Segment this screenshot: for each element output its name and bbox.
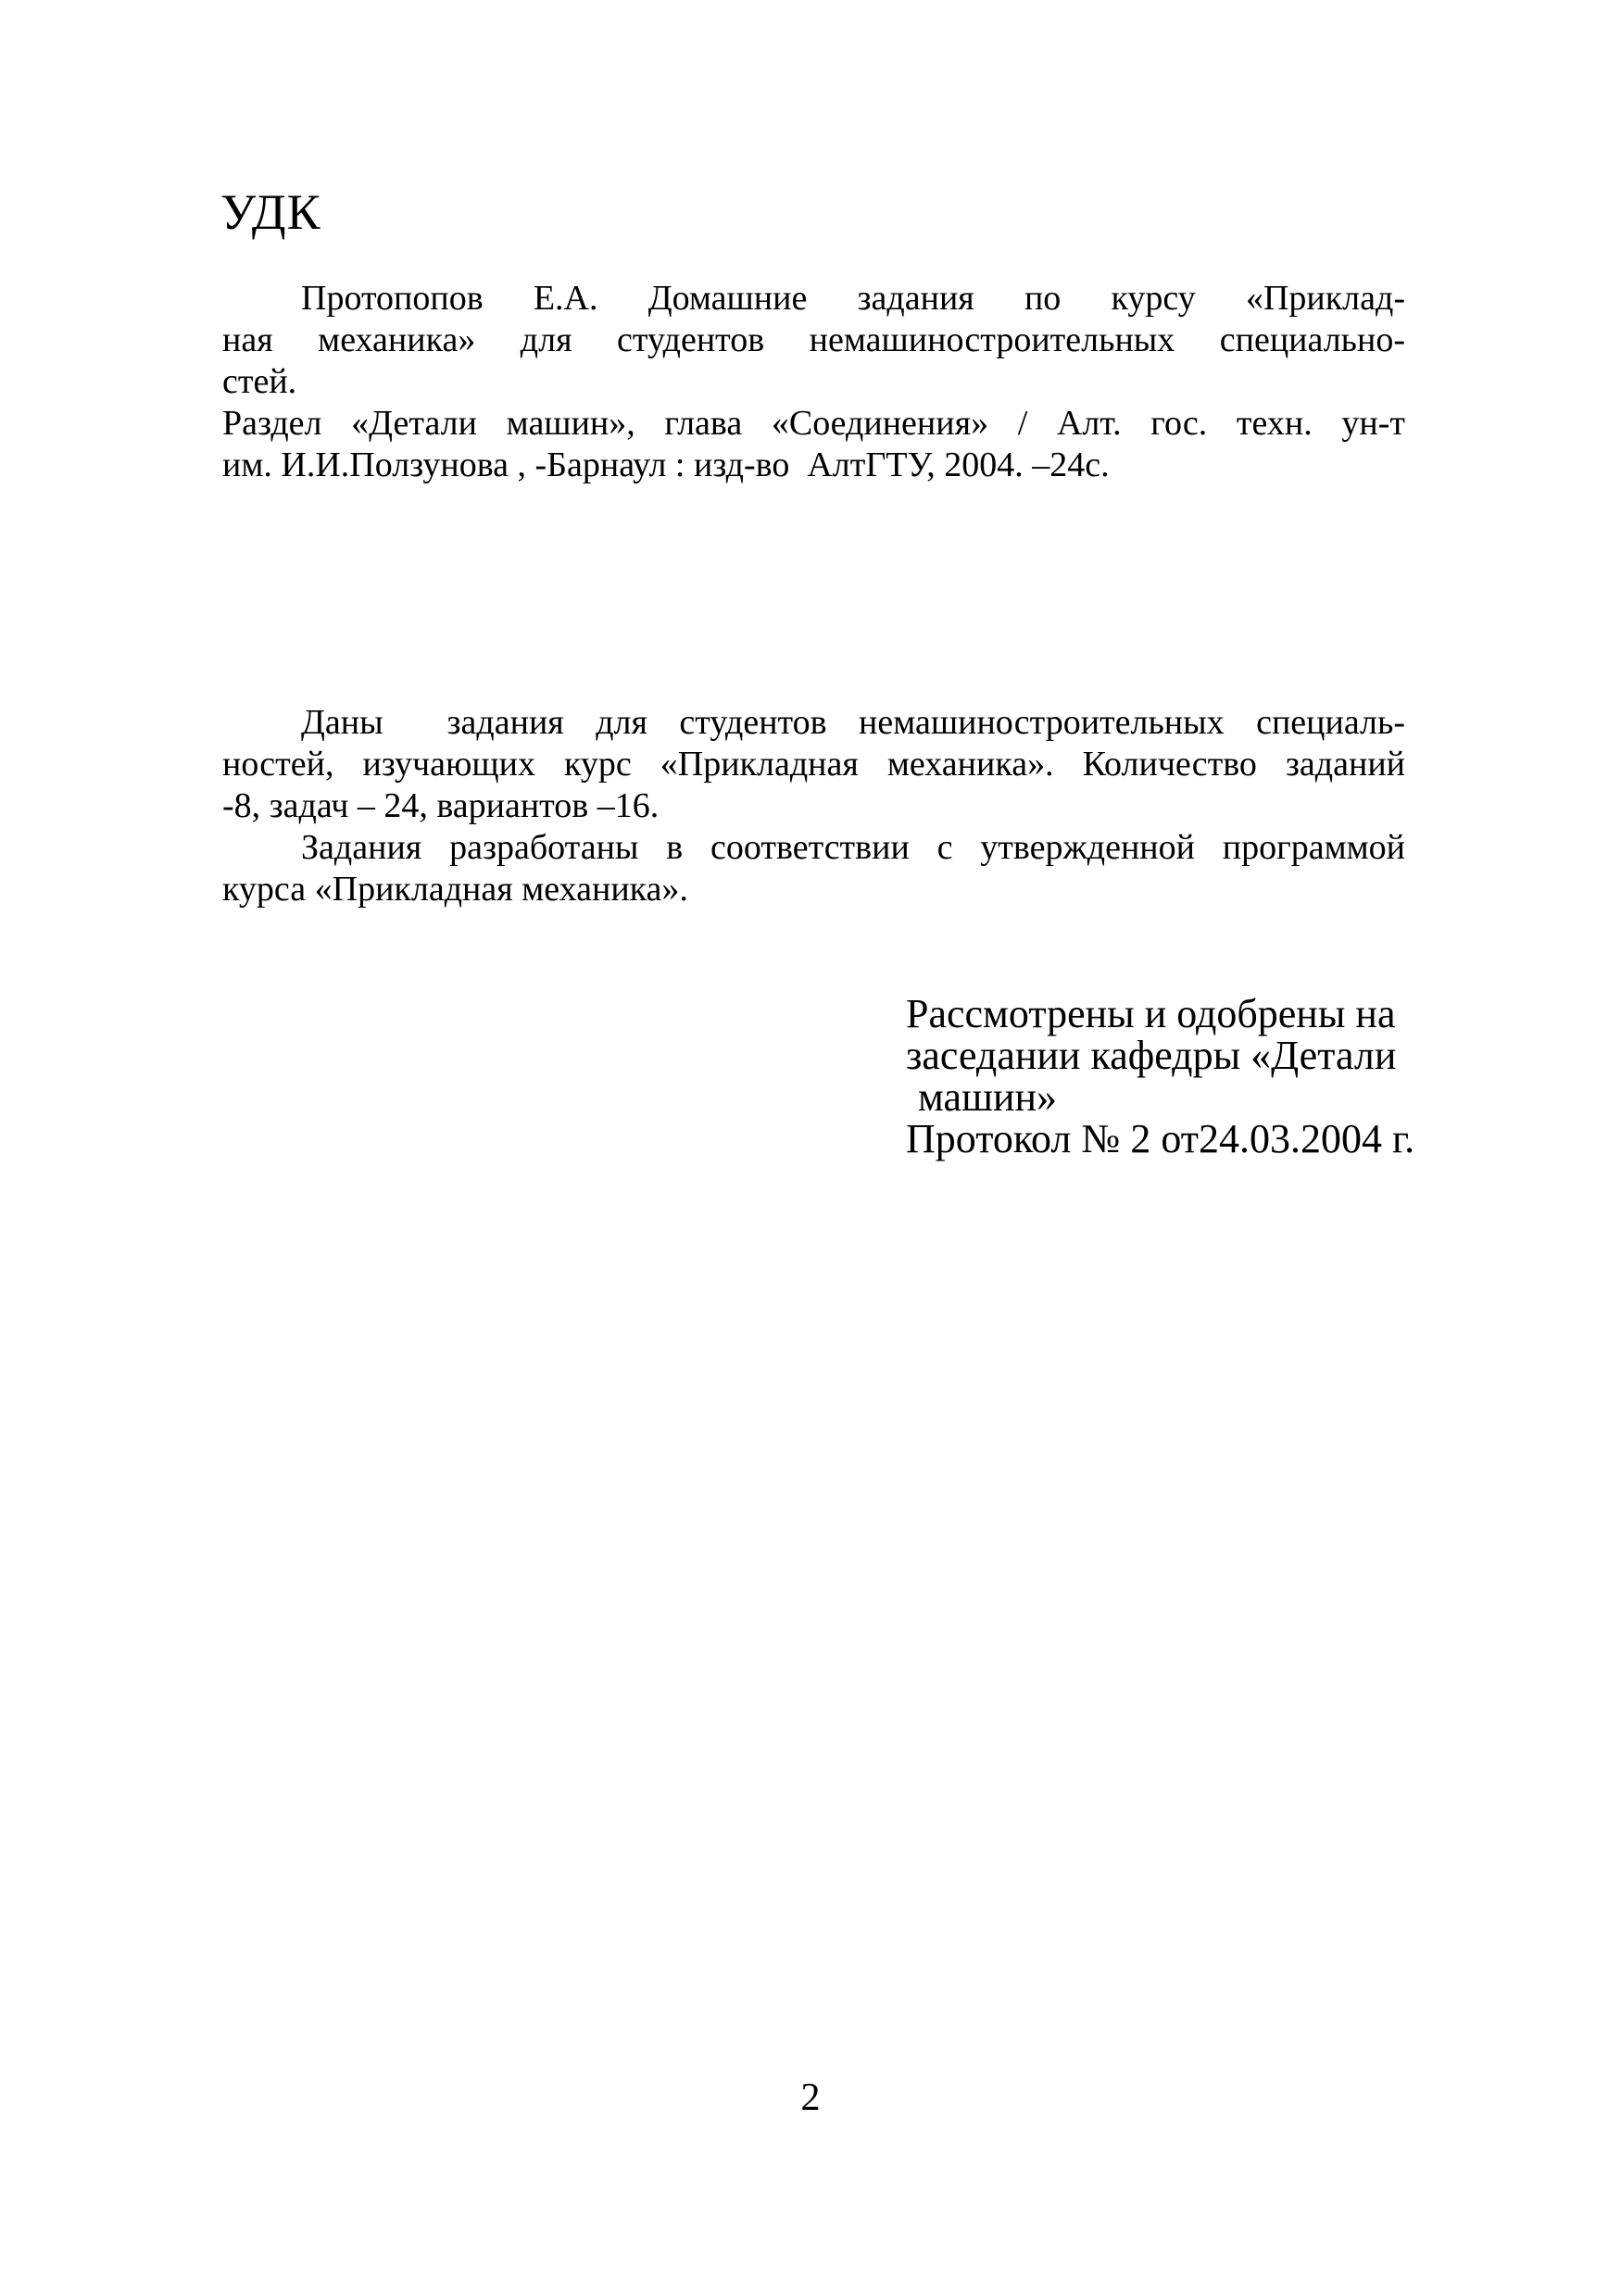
annotation-line: -8, задач – 24, вариантов –16. <box>222 785 1405 827</box>
annotation-paragraph: Даны задания для студентов немашинострои… <box>222 702 1405 910</box>
annotation-line: курса «Прикладная механика». <box>222 869 1405 910</box>
annotation-line: Задания разработаны в соответствии с утв… <box>222 827 1405 869</box>
bibliography-paragraph: Протопопов Е.А. Домашние задания по курс… <box>222 278 1405 486</box>
bibliography-line: Протопопов Е.А. Домашние задания по курс… <box>222 278 1405 320</box>
bibliography-line: им. И.И.Ползунова , -Барнаул : изд-во Ал… <box>222 445 1405 486</box>
approval-line: машин» <box>906 1076 1425 1118</box>
approval-line: Рассмотрены и одобрены на <box>906 993 1425 1035</box>
udk-heading: УДК <box>220 185 321 239</box>
document-page: УДК Протопопов Е.А. Домашние задания по … <box>0 0 1621 2296</box>
bibliography-line: стей. <box>222 361 1405 403</box>
approval-line: заседании кафедры «Детали <box>906 1035 1425 1076</box>
annotation-line: Даны задания для студентов немашинострои… <box>222 702 1405 744</box>
approval-line: Протокол № 2 от24.03.2004 г. <box>906 1118 1425 1160</box>
approval-block: Рассмотрены и одобрены на заседании кафе… <box>906 993 1425 1160</box>
annotation-line: ностей, изучающих курс «Прикладная механ… <box>222 744 1405 785</box>
bibliography-line: ная механика» для студентов немашиностро… <box>222 320 1405 361</box>
bibliography-line: Раздел «Детали машин», глава «Соединения… <box>222 403 1405 445</box>
page-number: 2 <box>0 2076 1621 2119</box>
